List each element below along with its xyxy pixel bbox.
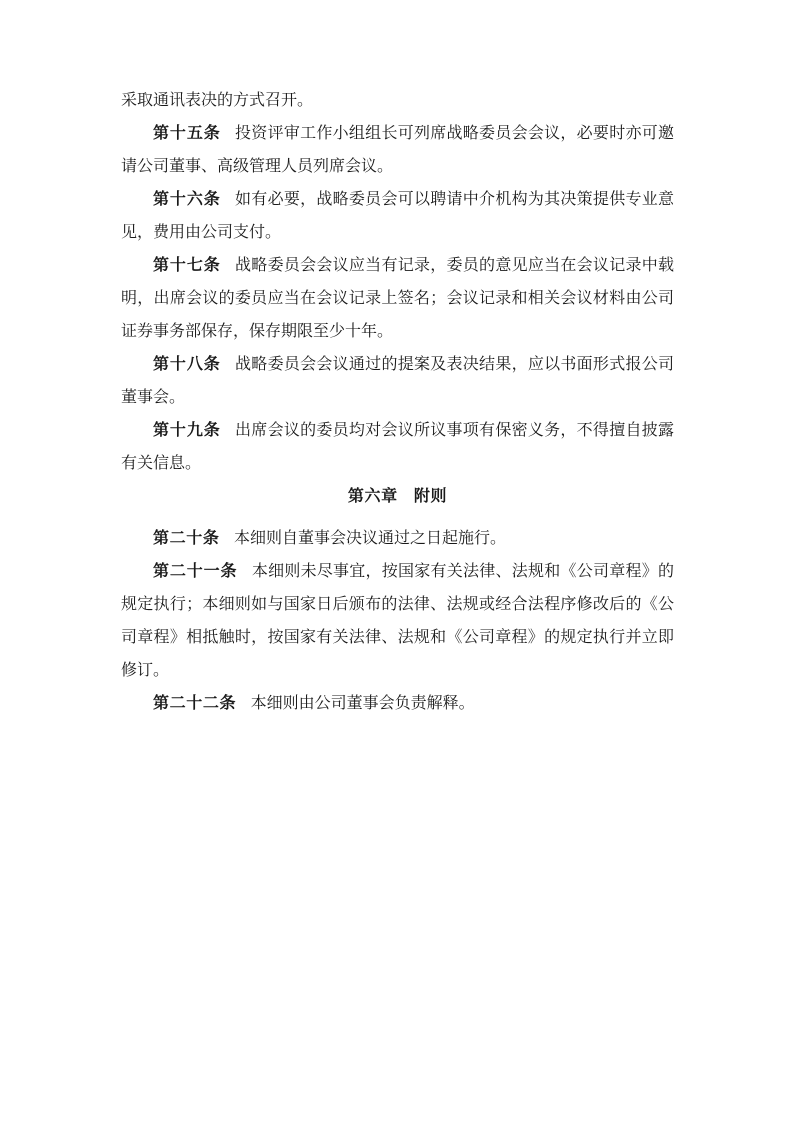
article-text: 本细则由公司董事会负责解释。 — [251, 695, 475, 712]
article-number: 第二十二条 — [153, 695, 236, 712]
article-number: 第十九条 — [153, 422, 221, 439]
article-number: 第二十一条 — [153, 563, 237, 580]
article-19: 第十九条出席会议的委员均对会议所议事项有保密义务，不得擅自披露有关信息。 — [121, 414, 674, 480]
paragraph-text: 采取通讯表决的方式召开。 — [121, 92, 313, 109]
article-20: 第二十条本细则自董事会决议通过之日起施行。 — [121, 522, 674, 555]
article-16: 第十六条如有必要，战略委员会可以聘请中介机构为其决策提供专业意见，费用由公司支付… — [121, 183, 674, 249]
chapter-number: 第六章 — [348, 488, 398, 505]
document-page: 采取通讯表决的方式召开。 第十五条投资评审工作小组组长可列席战略委员会会议，必要… — [0, 0, 794, 1122]
article-22: 第二十二条本细则由公司董事会负责解释。 — [121, 687, 674, 720]
article-21: 第二十一条本细则未尽事宜，按国家有关法律、法规和《公司章程》的规定执行；本细则如… — [121, 555, 674, 687]
article-text: 本细则未尽事宜，按国家有关法律、法规和《公司章程》的规定执行；本细则如与国家日后… — [121, 563, 674, 679]
article-18: 第十八条战略委员会会议通过的提案及表决结果，应以书面形式报公司董事会。 — [121, 348, 674, 414]
paragraph-continuation: 采取通讯表决的方式召开。 — [121, 84, 674, 117]
article-17: 第十七条战略委员会会议应当有记录，委员的意见应当在会议记录中载明，出席会议的委员… — [121, 249, 674, 348]
article-number: 第十七条 — [153, 257, 221, 274]
article-15: 第十五条投资评审工作小组组长可列席战略委员会会议，必要时亦可邀请公司董事、高级管… — [121, 117, 674, 183]
article-number: 第二十条 — [153, 530, 220, 547]
article-text: 本细则自董事会决议通过之日起施行。 — [234, 530, 506, 547]
article-number: 第十八条 — [153, 356, 221, 373]
article-number: 第十五条 — [153, 125, 221, 142]
article-number: 第十六条 — [153, 191, 221, 208]
chapter-title: 附则 — [414, 488, 447, 505]
chapter-heading: 第六章附则 — [121, 480, 674, 513]
